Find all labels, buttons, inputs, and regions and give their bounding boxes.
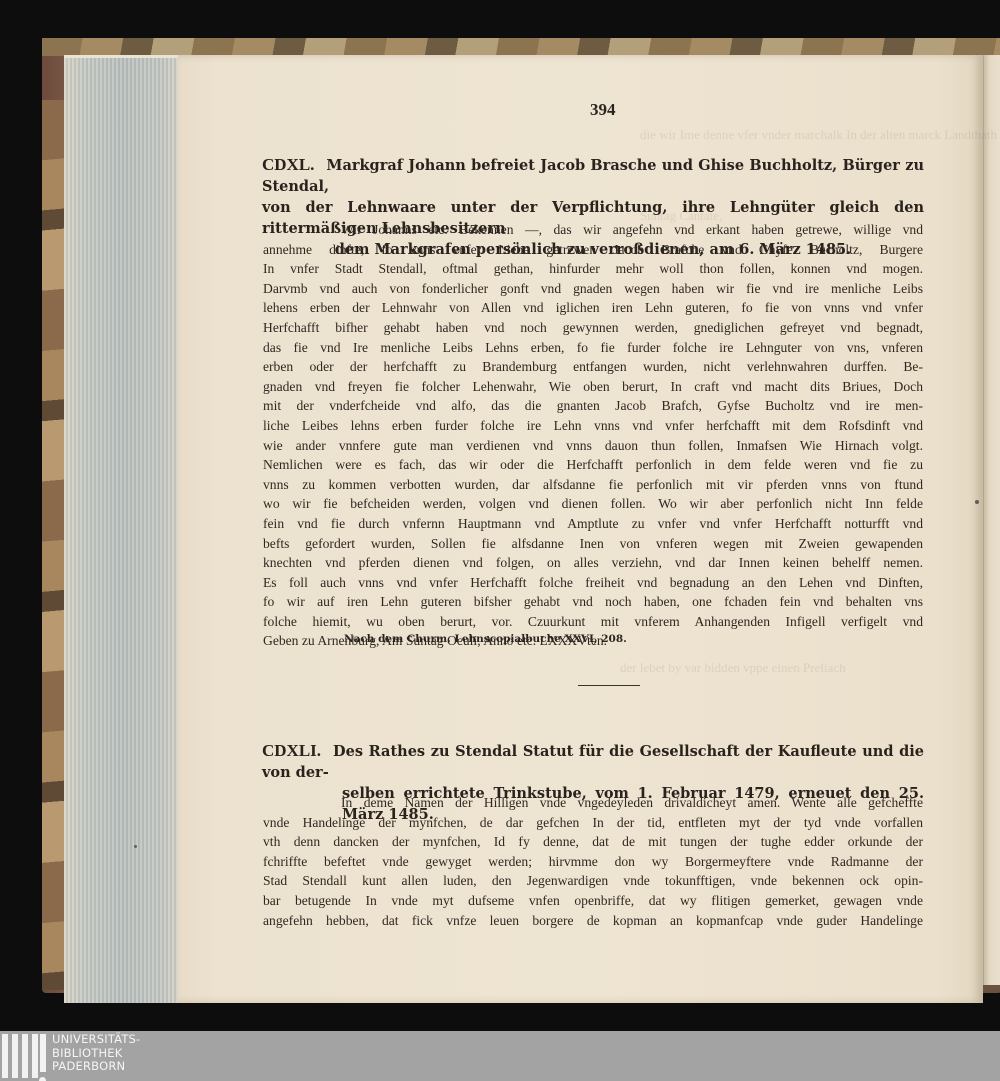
text-line: bar betugende In vnde myt dufseme vnfen … [263, 891, 923, 911]
logo-line: BIBLIOTHEK [52, 1047, 140, 1061]
text-line: Nemlichen were es fach, das wir oder die… [263, 455, 923, 475]
section-divider [578, 685, 640, 686]
text-line: fo wir auf iren Lehn guteren bifsher geh… [263, 592, 923, 612]
text-line: Wir Johanns etc. Bekennen —, das wir ang… [263, 220, 923, 240]
library-logo-icon [0, 1034, 46, 1078]
text-line: erben oder der herfchafft zu Brandemburg… [263, 357, 923, 377]
bleed-through-text: der lebet by var bidden vppe einen Preli… [620, 660, 846, 676]
text-line: gnaden vnd freyen fie folcher Lehenwahr,… [263, 377, 923, 397]
text-line: liche Leibes lehns erben furder folche i… [263, 416, 923, 436]
text-line: knechten vnd pferden dienen vnd folgen, … [263, 553, 923, 573]
text-line: befts gefordert wurden, Sollen fie alfsd… [263, 534, 923, 554]
document-number: CDXLI. [262, 741, 321, 760]
document-body-cdxli: In deme Namen der Hilligen vnde vngedeyl… [263, 793, 923, 930]
bleed-through-text: die wir Ime denne vfer vnder marchalk In… [640, 127, 997, 143]
scan-background [0, 1003, 1000, 1031]
page-number: 394 [590, 100, 616, 120]
text-line: das fie vnd Ire menliche Leibs Lehns erb… [263, 338, 923, 358]
page-block-edges [64, 55, 180, 1006]
text-line: fchriffte befeftet vnde gewyget werden; … [263, 852, 923, 872]
text-line: Darvmb vnd auch von fonderlicher gonft v… [263, 279, 923, 299]
next-page-edge [983, 55, 1000, 985]
heading-line: Des Rathes zu Stendal Statut für die Ges… [262, 743, 924, 781]
heading-line: Markgraf Johann befreiet Jacob Brasche u… [262, 157, 924, 195]
text-line: wie ander vnnfere gute man verdienen vnd… [263, 436, 923, 456]
text-line: Herfchafft bifher gehabt haben vnd noch … [263, 318, 923, 338]
logo-line: UNIVERSITÄTS- [52, 1033, 140, 1047]
page-speck [134, 845, 137, 848]
text-line: vth denn dancken der mynfchen, Id fy den… [263, 832, 923, 852]
text-line: Es foll auch vnns vnd vnfer Herfchafft f… [263, 573, 923, 593]
text-line: vnde Handelinge der mynfchen, de dar gef… [263, 813, 923, 833]
text-line: folche hiemit, wu oben berurt, vor. Czuu… [263, 612, 923, 632]
source-citation: Nach dem Churm. Lehnscopialbuche XXVI, 2… [344, 633, 627, 645]
text-line: wo wir fie befcheiden werden, volgen vnd… [263, 494, 923, 514]
document-number: CDXL. [262, 155, 314, 174]
text-line: In vnfer Stadt Stendall, oftmal gethan, … [263, 259, 923, 279]
page-speck [975, 500, 979, 504]
library-logo-text: UNIVERSITÄTS- BIBLIOTHEK PADERBORN [52, 1033, 140, 1074]
text-line: fein vnd fie durch vnfernn Hauptmann vnd… [263, 514, 923, 534]
text-line: Stad Stendall kunt allen luden, den Jege… [263, 871, 923, 891]
text-line: mit der vnderfcheide vnd alfo, das die g… [263, 396, 923, 416]
text-line: In deme Namen der Hilligen vnde vngedeyl… [263, 793, 923, 813]
logo-line: PADERBORN [52, 1060, 140, 1074]
marbled-cover-edge-top [42, 38, 1000, 56]
document-body-cdxl: Wir Johanns etc. Bekennen —, das wir ang… [263, 220, 923, 651]
text-line: vnns zu kommen verbotten wurden, dar alf… [263, 475, 923, 495]
marbled-cover-edge-left [42, 100, 66, 990]
text-line: annehme dinfte, fo vnns vnfer Liebe getr… [263, 240, 923, 260]
text-line: angefehn hebben, dat fick vnfze leuen bo… [263, 911, 923, 931]
library-banner: UNIVERSITÄTS- BIBLIOTHEK PADERBORN [0, 1031, 1000, 1081]
text-line: lehens erben der Lehnwahr von Allen vnd … [263, 298, 923, 318]
